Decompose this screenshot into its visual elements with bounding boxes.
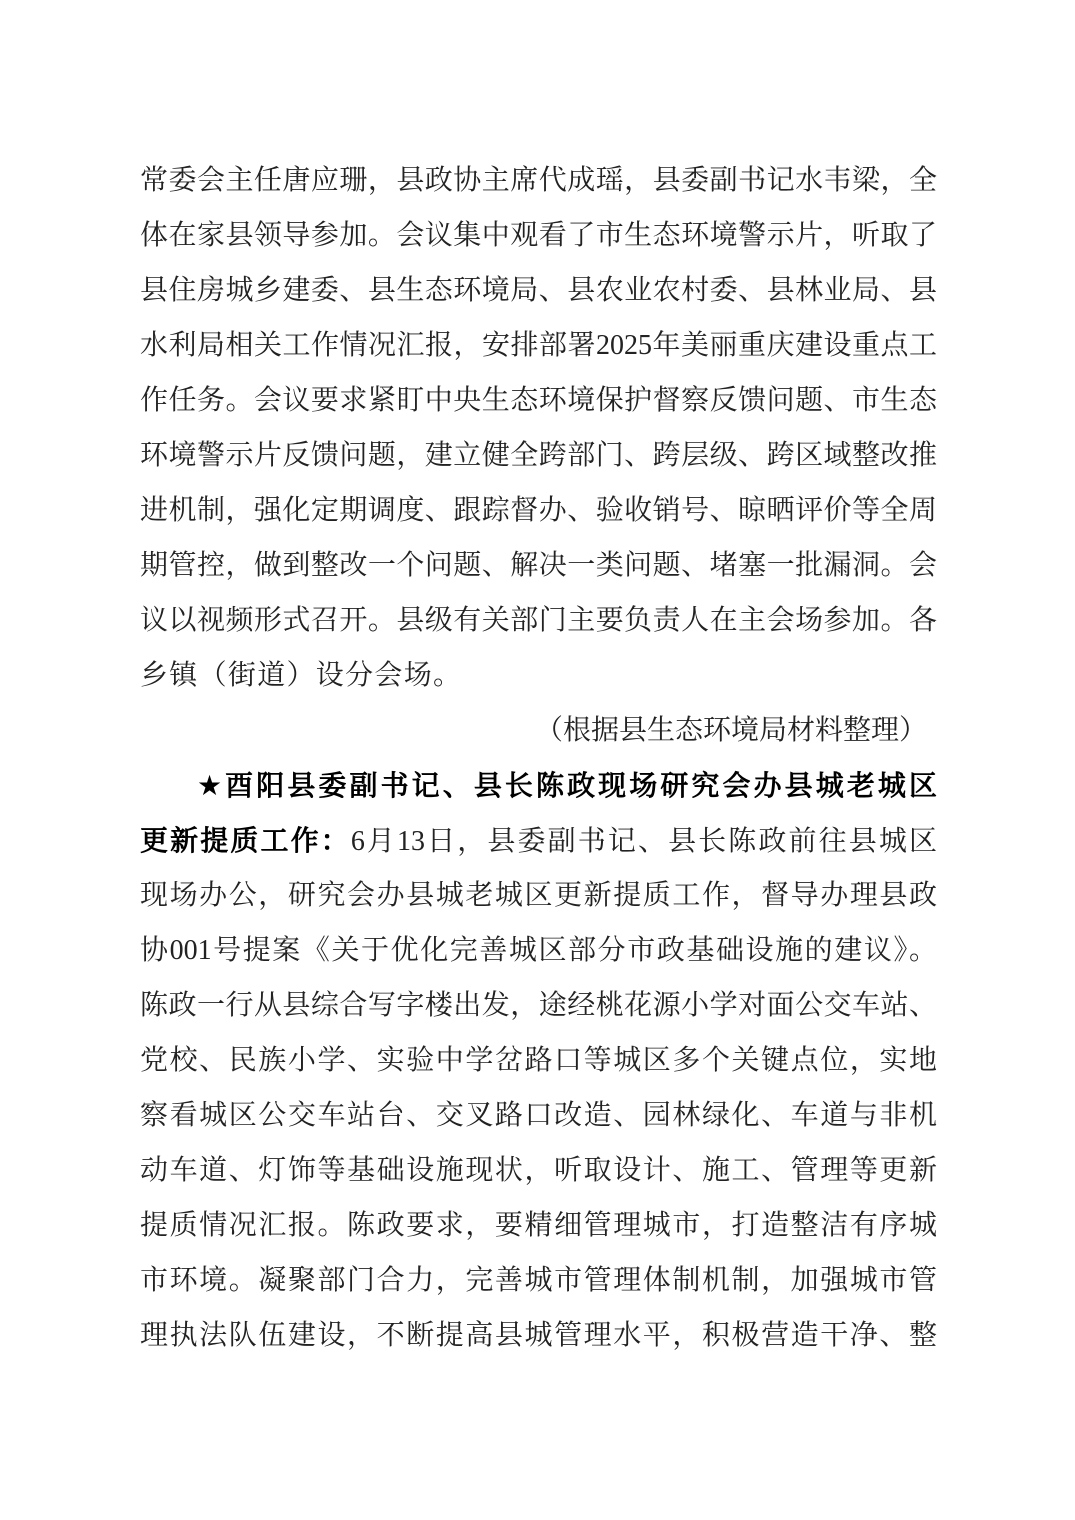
paragraph-last-line: 乡镇（街道）设分会场。 [140, 648, 937, 703]
attribution-line: （根据县生态环境局材料整理） [140, 703, 937, 758]
paragraph-line: 陈政一行从县综合写字楼出发，途经桃花源小学对面公交车站、 [140, 978, 937, 1033]
news-item-heading: ★酉阳县委副书记、县长陈政现场研究会办县城老城区 [140, 758, 937, 813]
paragraph-line: 提质情况汇报。陈政要求，要精细管理城市，打造整洁有序城 [140, 1198, 937, 1253]
paragraph-line: 党校、民族小学、实验中学岔路口等城区多个关键点位，实地 [140, 1033, 937, 1088]
paragraph-line: 常委会主任唐应珊，县政协主席代成瑶，县委副书记水韦梁，全 [140, 153, 937, 208]
paragraph-line: 作任务。会议要求紧盯中央生态环境保护督察反馈问题、市生态 [140, 373, 937, 428]
paragraph-line: 期管控，做到整改一个问题、解决一类问题、堵塞一批漏洞。会 [140, 538, 937, 593]
news-item-heading-continued: 更新提质工作：6月13日，县委副书记、县长陈政前往县城区 [140, 813, 937, 868]
paragraph-line: 环境警示片反馈问题，建立健全跨部门、跨层级、跨区域整改推 [140, 428, 937, 483]
paragraph-line: 体在家县领导参加。会议集中观看了市生态环境警示片，听取了 [140, 208, 937, 263]
paragraph-line: 理执法队伍建设，不断提高县城管理水平，积极营造干净、整 [140, 1308, 937, 1363]
paragraph-line: 察看城区公交车站台、交叉路口改造、园林绿化、车道与非机 [140, 1088, 937, 1143]
paragraph-line: 县住房城乡建委、县生态环境局、县农业农村委、县林业局、县 [140, 263, 937, 318]
text-block: 常委会主任唐应珊，县政协主席代成瑶，县委副书记水韦梁，全 体在家县领导参加。会议… [140, 153, 937, 1363]
paragraph-line: 现场办公，研究会办县城老城区更新提质工作，督导办理县政 [140, 868, 937, 923]
paragraph-line: 议以视频形式召开。县级有关部门主要负责人在主会场参加。各 [140, 593, 937, 648]
paragraph-line: 协001号提案《关于优化完善城区部分市政基础设施的建议》。 [140, 923, 937, 978]
news-item-heading-bold-text: 更新提质工作： [140, 825, 351, 856]
news-item-body-text: 6月13日，县委副书记、县长陈政前往县城区 [351, 826, 937, 857]
document-page: 常委会主任唐应珊，县政协主席代成瑶，县委副书记水韦梁，全 体在家县领导参加。会议… [0, 0, 1075, 1520]
paragraph-line: 动车道、灯饰等基础设施现状，听取设计、施工、管理等更新 [140, 1143, 937, 1198]
paragraph-line: 进机制，强化定期调度、跟踪督办、验收销号、晾晒评价等全周 [140, 483, 937, 538]
paragraph-line: 市环境。凝聚部门合力，完善城市管理体制机制，加强城市管 [140, 1253, 937, 1308]
paragraph-line: 水利局相关工作情况汇报，安排部署2025年美丽重庆建设重点工 [140, 318, 937, 373]
